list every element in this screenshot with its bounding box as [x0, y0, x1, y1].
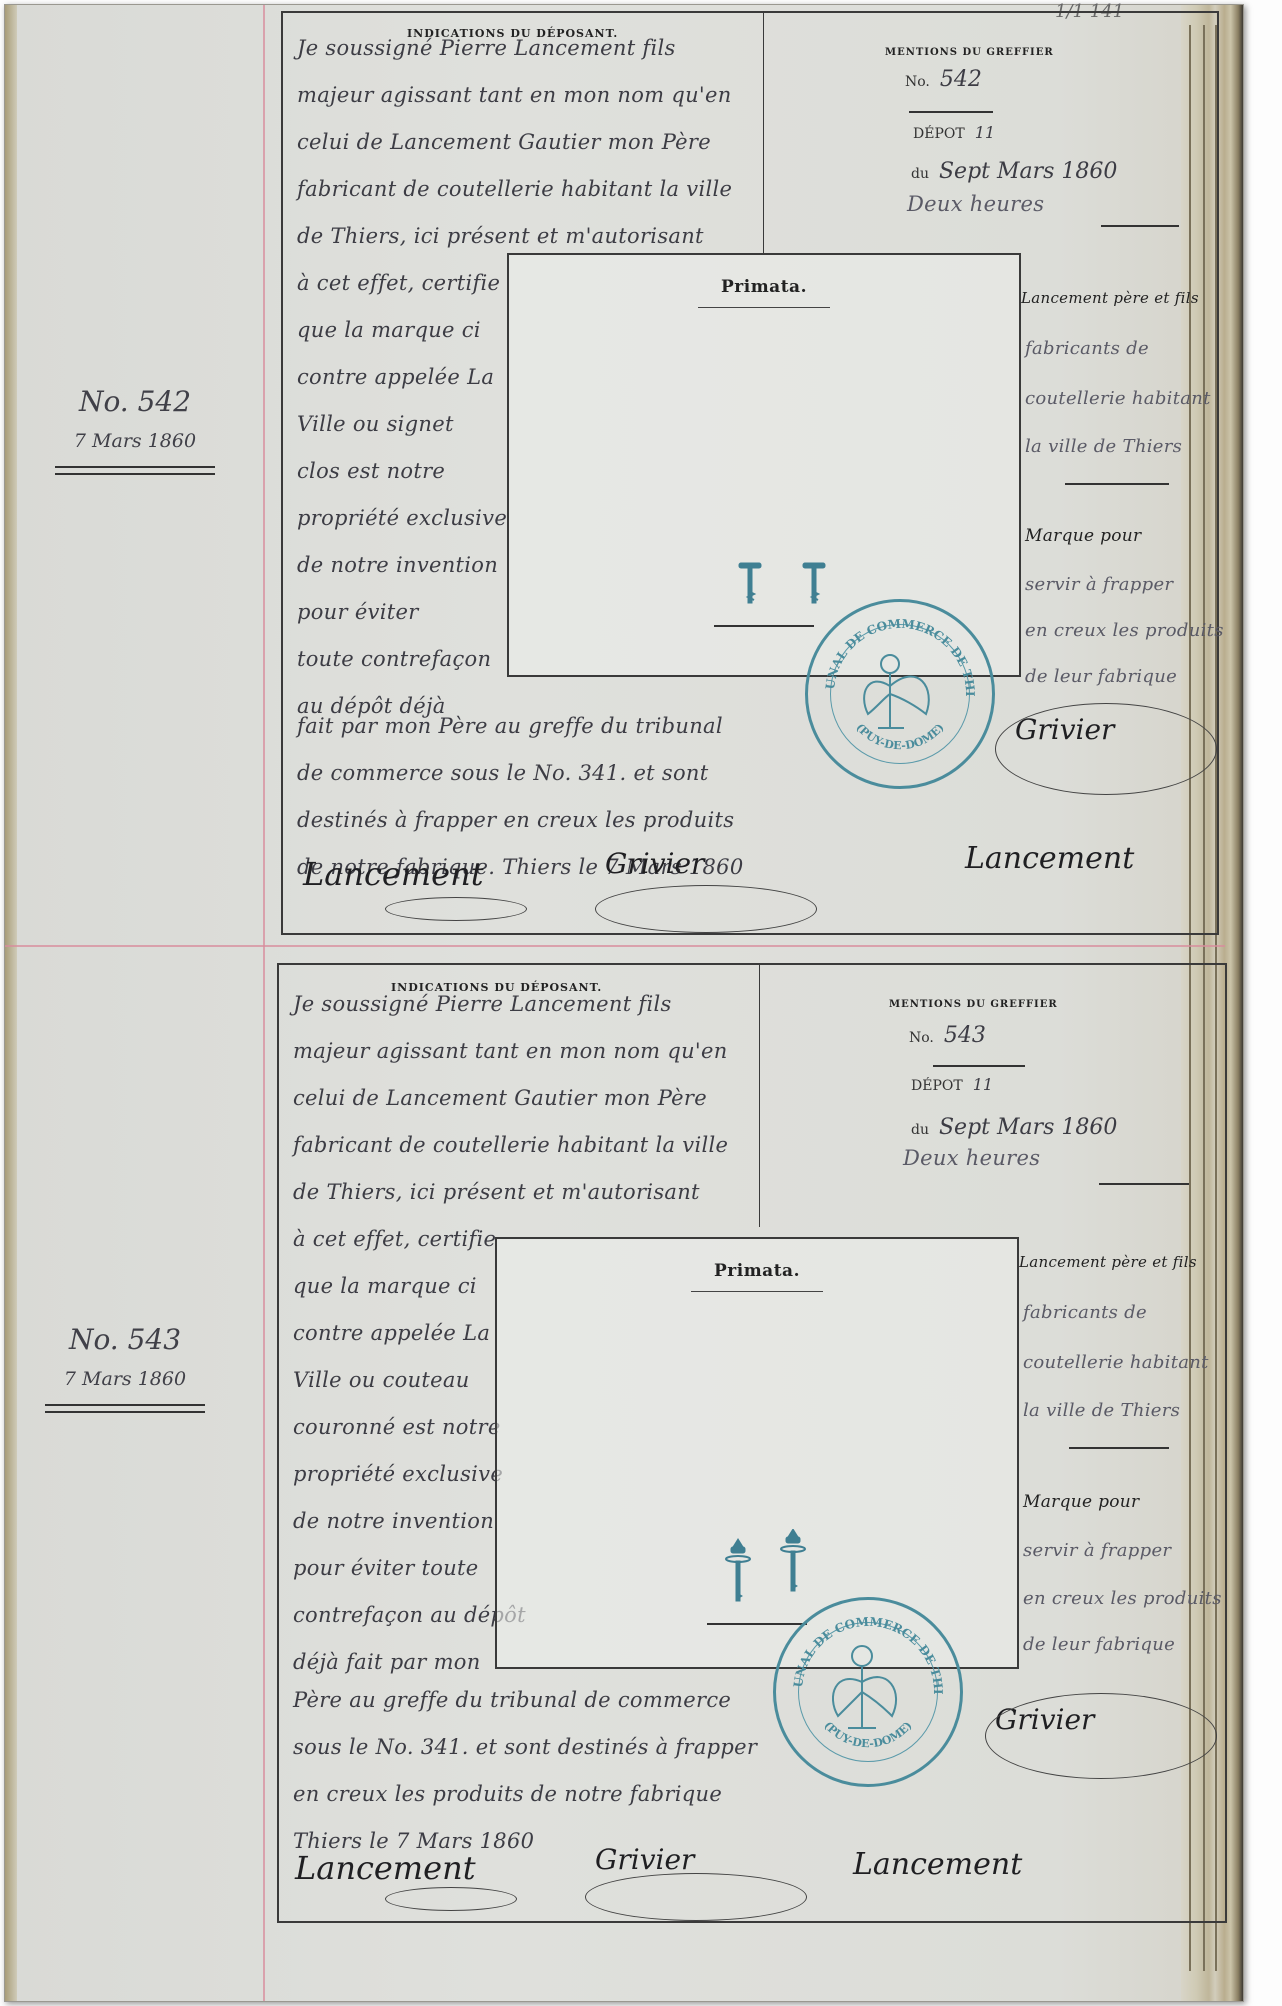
signature-flourish [385, 897, 527, 921]
title-rule [698, 307, 830, 308]
tribunal-stamp: TRIBUNAL DE COMMERCE DE THIERS (PUY-DE-D… [805, 599, 995, 789]
greffier-header: Mentions du greffier [885, 47, 1054, 58]
svg-text:(PUY-DE-DOME): (PUY-DE-DOME) [821, 1719, 914, 1750]
record-542: No. 542 7 Mars 1860 Indications du dépos… [5, 5, 1225, 945]
signature-flourish [995, 703, 1217, 795]
marginal-number: No. 543 [25, 1323, 225, 1356]
clerk-signature: Grivier [595, 1843, 694, 1876]
marginal-note: No. 542 7 Mars 1860 [45, 385, 225, 475]
record-543: No. 543 7 Mars 1860 Indications du dépos… [5, 947, 1225, 2001]
greffier-depositor-signature: Lancement [965, 841, 1134, 876]
marginal-date: 7 Mars 1860 [45, 430, 225, 452]
greffier-number: No.543 [909, 1023, 986, 1048]
eagle-seal-icon: TRIBUNAL DE COMMERCE DE THIERS (PUY-DE-D… [776, 1600, 960, 1784]
greffier-header: Mentions du greffier [889, 999, 1058, 1010]
owner-rule [1069, 1447, 1169, 1449]
greffier-number: No.542 [905, 67, 982, 92]
double-rule [55, 466, 215, 475]
greffier-depot: DÉPOT11 [911, 1075, 993, 1094]
clerk-signature: Grivier [605, 847, 704, 880]
title-rule [691, 1291, 823, 1292]
signature-flourish [385, 1887, 517, 1911]
signature-flourish [585, 1873, 807, 1921]
eagle-seal-icon: TRIBUNAL DE COMMERCE DE THIERS (PUY-DE-D… [808, 602, 992, 786]
marginal-date: 7 Mars 1860 [25, 1368, 225, 1390]
marginal-number: No. 542 [45, 385, 225, 418]
greffier-hour: Deux heures [903, 1135, 1040, 1182]
mark-box-title: Primata. [509, 277, 1019, 297]
tribunal-stamp: TRIBUNAL DE COMMERCE DE THIERS (PUY-DE-D… [773, 1597, 963, 1787]
signature-flourish [595, 885, 817, 933]
svg-text:(PUY-DE-DOME): (PUY-DE-DOME) [853, 721, 946, 752]
number-underline [933, 1065, 1025, 1067]
number-underline [909, 111, 993, 113]
hour-rule [1099, 1183, 1189, 1185]
owner-rule [1065, 483, 1169, 485]
signature-flourish [985, 1693, 1217, 1779]
marginal-note: No. 543 7 Mars 1860 [25, 1323, 225, 1413]
mark-box-title: Primata. [497, 1261, 1017, 1281]
greffier-depot: DÉPOT11 [913, 123, 995, 142]
greffier-hour: Deux heures [907, 181, 1044, 228]
greffier-depositor-signature: Lancement [853, 1847, 1022, 1882]
depositor-signature: Lancement [303, 855, 484, 893]
mark-base-rule [714, 625, 814, 627]
register-page: 1/1 141 No. 542 7 Mars 1860 Indications … [4, 4, 1244, 2002]
hour-rule [1101, 225, 1179, 227]
double-rule [45, 1404, 205, 1413]
depositor-signature: Lancement [295, 1849, 476, 1887]
